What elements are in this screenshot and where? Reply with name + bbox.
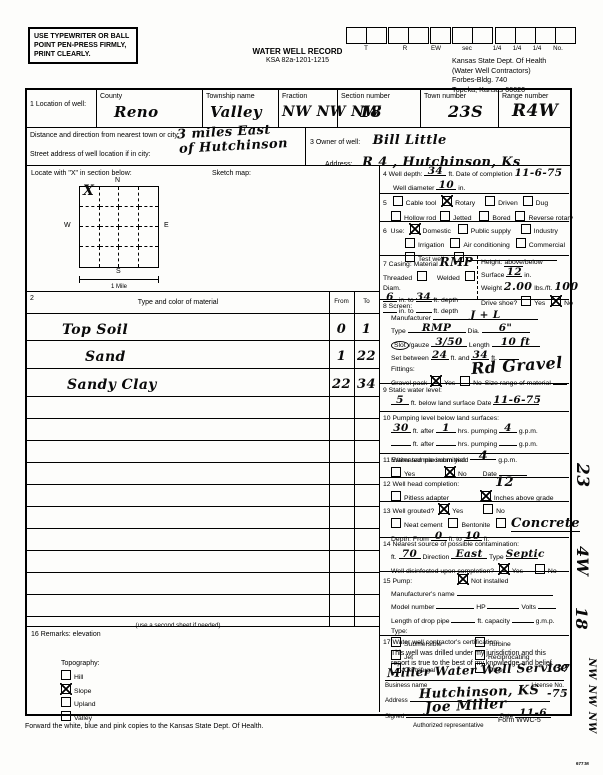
domestic-label: Domestic	[423, 228, 451, 235]
hrs-pumping-label: hrs. pumping	[458, 428, 497, 435]
mile-label: 1 Mile	[109, 284, 129, 290]
inches-above-checkbox	[481, 491, 491, 501]
weight-value: 2.00	[504, 280, 532, 293]
owner-value: Bill Little	[373, 133, 447, 148]
section-x-mark: X	[83, 183, 94, 199]
authorized-rep-label: Authorized representative	[413, 721, 564, 730]
index-label-q3: 1/4	[527, 45, 547, 52]
weight-extra-value: 100	[554, 280, 578, 293]
compass-s: S	[116, 267, 121, 276]
range-cell: Range number R4W	[499, 90, 570, 127]
threaded-label: Threaded	[383, 275, 412, 282]
rotary-checkbox	[442, 196, 452, 206]
surface-label: Surface	[481, 272, 504, 279]
margin-range-note: 4W	[573, 546, 592, 576]
after-label2: ft. after	[413, 441, 434, 448]
sample-no-checkbox	[445, 467, 455, 477]
irrigation-label: Irrigation	[418, 242, 444, 249]
use-section: 6 Use: Domestic Public supply Industry I…	[380, 222, 569, 256]
location-label: 1 Location of well:	[30, 100, 93, 109]
index-label-ew: EW	[425, 45, 447, 52]
cert-address-label: Address	[385, 697, 408, 704]
well-diameter-value: 10	[439, 179, 454, 191]
instruction-box: USE TYPEWRITER OR BALL POINT PEN-PRESS F…	[28, 27, 138, 64]
location-row: 1 Location of well: County Reno Township…	[27, 90, 570, 128]
index-label-no: No.	[547, 45, 569, 52]
section5-num: 5	[383, 200, 387, 207]
index-boxes	[347, 27, 576, 44]
valley-label: Valley	[74, 715, 92, 722]
topo-option: Hill	[61, 670, 375, 684]
pumping-level-label: 10 Pumping level below land surfaces:	[383, 415, 499, 422]
index-box-labels: T R EW sec 1/4 1/4 1/4 No.	[347, 45, 569, 52]
index-box	[346, 27, 367, 44]
volts-label: Volts	[521, 604, 536, 611]
grid-cell	[119, 187, 139, 207]
form-subtitle: KSA 82a-1201-1215	[225, 56, 370, 65]
reverse-rotary-checkbox	[515, 211, 525, 221]
commercial-label: Commercial	[529, 242, 565, 249]
section-grid: X	[79, 186, 159, 268]
hill-label: Hill	[74, 674, 83, 681]
weight-unit-label: lbs./ft.	[534, 285, 552, 292]
well-depth-section: 4 Well depth: 34 ft. Date of completion …	[380, 166, 569, 194]
slot-value: 3/50	[435, 336, 462, 348]
grouted-yes-checkbox	[439, 504, 449, 514]
upland-checkbox	[61, 697, 71, 707]
hollow-rod-checkbox	[391, 211, 401, 221]
material-from: 22	[329, 377, 354, 392]
index-label-t: T	[347, 45, 385, 52]
slot-label: Slot	[391, 341, 409, 350]
material-row-empty	[27, 529, 379, 551]
fraction-label: Fraction	[282, 92, 334, 101]
pump-section: 15 Pump: Not installed Manufacturer's na…	[380, 572, 569, 636]
air-conditioning-checkbox	[450, 238, 460, 248]
contamination-label: 14 Nearest source of possible contaminat…	[383, 541, 519, 548]
cable-tool-checkbox	[393, 196, 403, 206]
topo-option: Slope	[61, 684, 375, 698]
well-depth-label: 4 Well depth:	[383, 171, 423, 178]
water-sample-section: 11 Water sample submitted: Yes No Date	[380, 454, 569, 478]
static-level-label: 9 Static water level:	[383, 387, 442, 394]
grouted-no-checkbox	[483, 504, 493, 514]
to-header: To	[354, 298, 379, 305]
pump-type-label: Type:	[391, 628, 408, 635]
pump-label: 15 Pump:	[383, 578, 412, 585]
grid-cell	[80, 247, 100, 267]
print-code: 677:M	[576, 761, 589, 766]
grouted-no-label: No	[496, 508, 505, 515]
contamination-ft-value: 70	[402, 548, 417, 560]
below-surface-label: ft. below land surface Date	[411, 400, 491, 407]
material-row-empty	[27, 463, 379, 485]
pumping-depth-value: 30	[393, 422, 408, 434]
grouted-label: 13 Well grouted?	[383, 508, 434, 515]
dug-label: Dug	[536, 200, 548, 207]
signed-label: Signed	[385, 713, 404, 720]
casing-section: 7 Casing: Material RMP Threaded Welded D…	[380, 256, 569, 300]
static-date-value: 11-6-75	[493, 394, 541, 406]
margin-license-value: 137	[546, 662, 570, 675]
set-between-label: Set between	[391, 355, 429, 362]
direction-label: Direction	[422, 554, 449, 561]
locate-section: Locate with "X" in section below: Sketch…	[27, 166, 379, 292]
signature-value: Joe Miller	[425, 700, 507, 713]
screen-length-label: Length	[469, 342, 490, 349]
material-row: Sandy Clay 22 34	[27, 369, 379, 397]
grid-cell	[100, 247, 120, 267]
below-label: /below	[523, 259, 543, 266]
section6-num: 6	[383, 228, 387, 235]
well-head-label: 12 Well head completion:	[383, 481, 459, 488]
material-name: Sand	[85, 349, 126, 365]
use-label: Use:	[391, 228, 405, 235]
dept-line: (Water Well Contractors)	[452, 66, 546, 76]
margin-fraction-note: NW NW NW	[586, 658, 597, 734]
welded-label: Welded	[437, 275, 460, 282]
material-row-empty	[27, 485, 379, 507]
materials-table: 2 Type and color of material From To Top…	[27, 292, 379, 626]
index-box	[495, 27, 516, 44]
contamination-type-value: Septic	[506, 548, 545, 560]
slope-label: Slope	[74, 688, 91, 695]
valley-checkbox	[61, 711, 71, 721]
material-row-empty	[27, 507, 379, 529]
township-label: Township name	[206, 92, 275, 101]
drill-method-section: 5 Cable tool Rotary Driven Dug Hollow ro…	[380, 194, 569, 222]
static-level-value: 5	[396, 394, 404, 406]
well-head-section: 12 Well head completion: 12 Pitless adap…	[380, 478, 569, 502]
completion-date-label: ft. Date of completion	[448, 171, 512, 178]
set-from-value: 24	[432, 349, 447, 361]
gpm-value: 4	[504, 422, 512, 434]
grid-cell	[119, 207, 139, 227]
compass-e: E	[164, 221, 169, 230]
industry-checkbox	[521, 224, 531, 234]
industry-label: Industry	[534, 228, 558, 235]
irrigation-checkbox	[405, 238, 415, 248]
hill-checkbox	[61, 670, 71, 680]
town-value: 23S	[448, 102, 495, 121]
owner-cell: 3 Owner of well: Bill Little Address: R …	[306, 128, 570, 165]
grouted-yes-label: Yes	[452, 508, 463, 515]
surface-value: 12	[507, 266, 522, 278]
topo-option: Upland	[61, 697, 375, 711]
screen-manufacturer-value: J + L	[470, 309, 500, 321]
bentonite-label: Bentonite	[461, 522, 490, 529]
water-well-record-form: USE TYPEWRITER OR BALL POINT PEN-PRESS F…	[0, 0, 603, 775]
certification-section: 17 Water well contractor's certification…	[380, 636, 569, 716]
jetted-checkbox	[440, 211, 450, 221]
compass-w: W	[64, 221, 71, 230]
grid-cell	[100, 227, 120, 247]
margin-town-note: 23	[572, 463, 592, 487]
material-from: 0	[329, 322, 354, 337]
material-row-empty	[27, 419, 379, 441]
material-row-empty	[27, 573, 379, 595]
water-sample-label: 11 Water sample submitted:	[383, 457, 467, 464]
gmp-label: g.m.p.	[536, 618, 555, 625]
material-row-empty	[27, 397, 379, 419]
forward-note: Forward the white, blue and pink copies …	[25, 722, 264, 731]
screen-dia-value: 6"	[499, 322, 513, 334]
town-cell: Town number 23S	[421, 90, 499, 127]
grid-cell	[119, 247, 139, 267]
margin-section-note: 18	[572, 607, 591, 630]
certification-body: This well was drilled under my jurisdict…	[391, 649, 566, 658]
grid-cell	[139, 247, 159, 267]
pitless-checkbox	[391, 491, 401, 501]
welded-checkbox	[465, 271, 475, 281]
static-level-section: 9 Static water level: 5 ft. below land s…	[380, 384, 569, 412]
index-box	[452, 27, 473, 44]
neat-cement-checkbox	[391, 518, 401, 528]
material-row: Sand 1 22	[27, 341, 379, 369]
screen-type-label: Type	[391, 328, 406, 335]
grid-cell	[80, 227, 100, 247]
material-row-empty	[27, 595, 379, 617]
casing-divider	[477, 256, 478, 299]
index-box	[472, 27, 493, 44]
township-cell: Township name Valley	[203, 90, 279, 127]
instruction-line: USE TYPEWRITER OR BALL	[34, 32, 132, 41]
county-value: Reno	[114, 103, 199, 121]
from-header: From	[329, 298, 354, 305]
surface-in-label: in.	[524, 272, 531, 279]
bored-checkbox	[479, 211, 489, 221]
height-label: Height:	[481, 259, 503, 266]
index-label-q1: 1/4	[487, 45, 507, 52]
hp-label: HP	[476, 604, 485, 611]
grid-cell	[119, 227, 139, 247]
pumping-level-section: 10 Pumping level below land surfaces: 30…	[380, 412, 569, 454]
range-value: R4W	[512, 101, 567, 121]
county-cell: County Reno	[97, 90, 203, 127]
right-column: 4 Well depth: 34 ft. Date of completion …	[379, 166, 569, 712]
grid-cell	[139, 227, 159, 247]
sample-yes-checkbox	[391, 467, 401, 477]
sketch-map-label: Sketch map:	[212, 169, 251, 178]
completion-date-value: 11-6-75	[514, 167, 562, 179]
range-label: Range number	[502, 92, 567, 101]
screen-type-value: RMP	[422, 322, 451, 334]
not-installed-checkbox	[458, 574, 468, 584]
location-cell: 1 Location of well:	[27, 90, 97, 127]
drop-pipe-label: Length of drop pipe	[391, 618, 450, 625]
gpm-label: g.p.m.	[519, 428, 538, 435]
not-installed-label: Not installed	[471, 578, 508, 585]
threaded-checkbox	[417, 271, 427, 281]
instruction-line: POINT PEN-PRESS FIRMLY,	[34, 41, 132, 50]
left-column: Locate with "X" in section below: Sketch…	[27, 166, 379, 712]
business-name-value: Miller Water Well Service	[387, 662, 569, 678]
upland-label: Upland	[74, 701, 96, 708]
domestic-checkbox	[410, 224, 420, 234]
grid-cell	[80, 207, 100, 227]
township-value: Valley	[210, 103, 275, 121]
fraction-value: NW NW NW	[282, 104, 334, 120]
contamination-ft-label: ft.	[391, 554, 397, 561]
remarks-section: 16 Remarks: elevation Topography: Hill S…	[27, 626, 379, 712]
dept-line: Forbes-Bldg. 740	[452, 75, 546, 85]
gpm-label2: g.p.m.	[519, 441, 538, 448]
material-to: 34	[354, 377, 379, 392]
grouted-section: 13 Well grouted? Yes No Neat cement Bent…	[380, 502, 569, 538]
rotary-label: Rotary	[455, 200, 475, 207]
material-row-empty	[27, 551, 379, 573]
index-box	[366, 27, 387, 44]
grout-other-checkbox	[496, 518, 506, 528]
weight-label: Weight	[481, 285, 502, 292]
certification-label: 17 Water well contractor's certification…	[383, 639, 499, 646]
material-row: Top Soil 0 1	[27, 314, 379, 341]
material-name: Sandy Clay	[67, 377, 157, 393]
county-label: County	[100, 92, 199, 101]
material-row-empty	[27, 441, 379, 463]
topography-label: Topography:	[61, 659, 375, 668]
gauze-label: /gauze	[409, 342, 429, 349]
index-box	[388, 27, 409, 44]
air-conditioning-label: Air conditioning	[463, 242, 509, 249]
material-from: 1	[329, 349, 354, 364]
remarks-label: 16 Remarks: elevation	[31, 630, 375, 639]
section-label: Section number	[341, 92, 417, 101]
mile-scale: 1 Mile	[79, 276, 159, 283]
grid-cell	[100, 187, 120, 207]
pump-manufacturer-label: Manufacturer's name	[391, 591, 455, 598]
distance-owner-row: Distance and direction from nearest town…	[27, 128, 570, 166]
materials-header: 2 Type and color of material From To	[27, 292, 379, 314]
index-label-r: R	[385, 45, 425, 52]
capacity-label: ft. capacity	[477, 618, 510, 625]
well-depth-value: 34	[428, 165, 443, 177]
after-label: ft. after	[413, 428, 434, 435]
fittings-label: Fittings:	[391, 366, 415, 373]
commercial-checkbox	[516, 238, 526, 248]
fraction-cell: Fraction NW NW NW	[279, 90, 338, 127]
slope-checkbox	[61, 684, 71, 694]
contamination-section: 14 Nearest source of possible contaminat…	[380, 538, 569, 572]
margin-date-value: -75	[547, 687, 568, 700]
hrs-pumping-label2: hrs. pumping	[458, 441, 497, 448]
driven-label: Driven	[498, 200, 518, 207]
public-supply-checkbox	[458, 224, 468, 234]
dug-checkbox	[523, 196, 533, 206]
material-to: 1	[354, 322, 379, 337]
well-diameter-label: Well diameter	[393, 185, 434, 192]
screen-length-value: 10 ft	[501, 336, 531, 348]
casing-material-value: RMP	[440, 255, 473, 269]
materials-title: Type and color of material	[27, 298, 329, 307]
grid-cell	[100, 207, 120, 227]
index-box	[408, 27, 429, 44]
hours-value: 1	[442, 422, 450, 434]
index-box	[535, 27, 556, 44]
instruction-line: PRINT CLEARLY.	[34, 50, 132, 59]
screen-section: 8 Screen: Manufacturer J + L Type RMP Di…	[380, 300, 569, 384]
material-name: Top Soil	[62, 322, 128, 338]
grout-material-value: Concrete	[511, 516, 580, 532]
grid-cell	[139, 187, 159, 207]
bentonite-checkbox	[448, 518, 458, 528]
model-number-label: Model number	[391, 604, 434, 611]
compass-n: N	[115, 176, 120, 185]
index-box	[515, 27, 536, 44]
contamination-type-label: Type	[489, 554, 504, 561]
cable-tool-label: Cable tool	[406, 200, 437, 207]
form-body: 1 Location of well: County Reno Township…	[25, 88, 572, 716]
index-box	[430, 27, 451, 44]
index-label-q2: 1/4	[507, 45, 527, 52]
screen-label: 8 Screen:	[383, 303, 412, 310]
neat-cement-label: Neat cement	[404, 522, 443, 529]
index-box	[555, 27, 576, 44]
grid-cell	[139, 207, 159, 227]
public-supply-label: Public supply	[471, 228, 511, 235]
dept-line: Kansas State Dept. Of Health	[452, 56, 546, 66]
driven-checkbox	[485, 196, 495, 206]
well-head-value: 12	[495, 478, 514, 487]
material-to: 22	[354, 349, 379, 364]
direction-value: East	[456, 548, 483, 560]
distance-cell: Distance and direction from nearest town…	[27, 128, 306, 165]
ft-and-label: ft. and	[451, 355, 470, 362]
owner-label: 3 Owner of well:	[310, 139, 360, 146]
form-number: Form WWC-5	[498, 716, 541, 725]
index-label-sec: sec	[447, 45, 487, 52]
gravel-note-value: Rd Gravel	[471, 358, 563, 374]
casing-label: 7 Casing: Material	[383, 261, 438, 268]
town-label: Town number	[424, 92, 495, 101]
screen-dia-label: Dia.	[468, 328, 480, 335]
in-label: in.	[458, 185, 465, 192]
